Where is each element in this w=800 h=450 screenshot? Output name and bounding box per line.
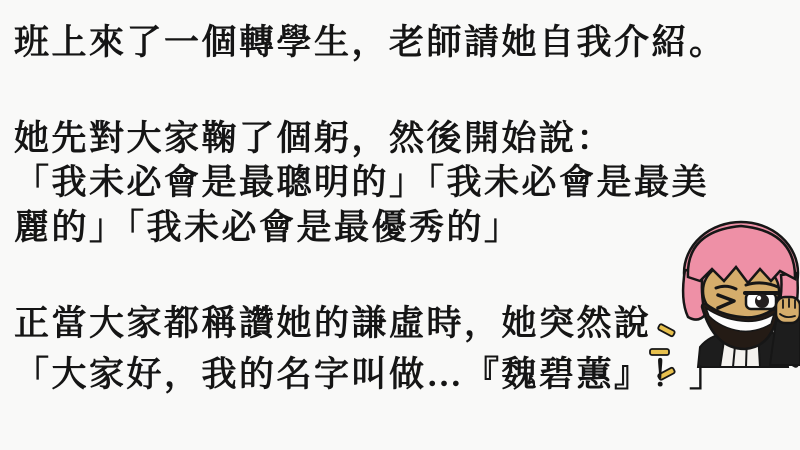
story-line-4: 麗的」「我未必會是最優秀的」 bbox=[14, 209, 522, 248]
story-line-5: 正當大家都稱讚她的謙虛時，她突然說 bbox=[14, 305, 652, 344]
story-line-2: 她先對大家鞠了個躬，然後開始說： bbox=[14, 120, 614, 159]
meme-page: 班上來了一個轉學生，老師請她自我介紹。 她先對大家鞠了個躬，然後開始說： 「我未… bbox=[0, 0, 800, 450]
mascot-fist-icon bbox=[776, 297, 800, 323]
story-line-1: 班上來了一個轉學生，老師請她自我介紹。 bbox=[14, 24, 727, 63]
story-line-6: 「大家好，我的名字叫做…『魏碧蕙』！」 bbox=[14, 356, 727, 395]
story-line-3: 「我未必會是最聰明的」「我未必會是最美 bbox=[14, 164, 709, 203]
